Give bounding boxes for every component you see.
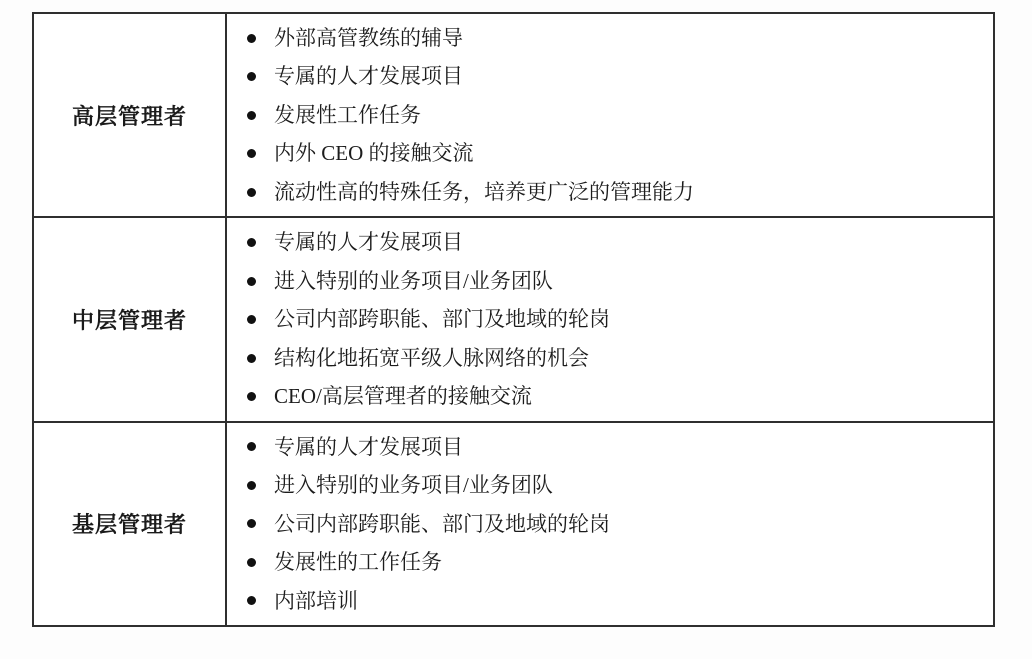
row-items-cell: 外部高管教练的辅导 专属的人才发展项目 发展性工作任务 内外 CEO 的接触交流… — [227, 14, 993, 216]
list-item-text: CEO/高层管理者的接触交流 — [274, 377, 532, 416]
list-item-text: 内部培训 — [274, 582, 358, 621]
list-item-text: 公司内部跨职能、部门及地域的轮岗 — [274, 505, 610, 544]
list-item: 进入特别的业务项目/业务团队 — [247, 262, 983, 301]
table-row-middle-managers: 中层管理者 专属的人才发展项目 进入特别的业务项目/业务团队 公司内部跨职能、部… — [34, 218, 993, 422]
bullet-icon — [247, 481, 256, 490]
bullet-icon — [247, 558, 256, 567]
bullet-icon — [247, 188, 256, 197]
bullet-icon — [247, 149, 256, 158]
list-item: 内部培训 — [247, 582, 983, 621]
list-item-text: 专属的人才发展项目 — [274, 428, 463, 467]
table-row-senior-managers: 高层管理者 外部高管教练的辅导 专属的人才发展项目 发展性工作任务 内外 CEO… — [34, 14, 993, 218]
list-item: 结构化地拓宽平级人脉网络的机会 — [247, 339, 983, 378]
list-item: 专属的人才发展项目 — [247, 428, 983, 467]
list-item: 公司内部跨职能、部门及地域的轮岗 — [247, 505, 983, 544]
bullet-icon — [247, 392, 256, 401]
bullet-icon — [247, 72, 256, 81]
bullet-icon — [247, 354, 256, 363]
list-item: CEO/高层管理者的接触交流 — [247, 377, 983, 416]
row-label-cell: 基层管理者 — [34, 423, 227, 625]
row-label: 基层管理者 — [72, 508, 187, 539]
bullet-icon — [247, 34, 256, 43]
list-item-text: 进入特别的业务项目/业务团队 — [274, 262, 553, 301]
bullet-icon — [247, 238, 256, 247]
list-item: 流动性高的特殊任务，培养更广泛的管理能力 — [247, 173, 983, 212]
row-items-cell: 专属的人才发展项目 进入特别的业务项目/业务团队 公司内部跨职能、部门及地域的轮… — [227, 423, 993, 625]
list-item: 发展性工作任务 — [247, 96, 983, 135]
bullet-icon — [247, 442, 256, 451]
list-item-text: 流动性高的特殊任务，培养更广泛的管理能力 — [274, 173, 694, 212]
list-item-text: 专属的人才发展项目 — [274, 223, 463, 262]
list-item-text: 进入特别的业务项目/业务团队 — [274, 466, 553, 505]
list-item-text: 发展性的工作任务 — [274, 543, 442, 582]
list-item: 专属的人才发展项目 — [247, 57, 983, 96]
list-item-text: 发展性工作任务 — [274, 96, 421, 135]
list-item-text: 专属的人才发展项目 — [274, 57, 463, 96]
row-label-cell: 中层管理者 — [34, 218, 227, 420]
row-label-cell: 高层管理者 — [34, 14, 227, 216]
row-label: 中层管理者 — [72, 304, 187, 335]
list-item-text: 内外 CEO 的接触交流 — [274, 134, 474, 173]
bullet-icon — [247, 277, 256, 286]
list-item-text: 结构化地拓宽平级人脉网络的机会 — [274, 339, 589, 378]
bullet-icon — [247, 315, 256, 324]
table-row-junior-managers: 基层管理者 专属的人才发展项目 进入特别的业务项目/业务团队 公司内部跨职能、部… — [34, 423, 993, 625]
row-label: 高层管理者 — [72, 100, 187, 131]
list-item-text: 公司内部跨职能、部门及地域的轮岗 — [274, 300, 610, 339]
list-item: 进入特别的业务项目/业务团队 — [247, 466, 983, 505]
row-items-cell: 专属的人才发展项目 进入特别的业务项目/业务团队 公司内部跨职能、部门及地域的轮… — [227, 218, 993, 420]
list-item: 专属的人才发展项目 — [247, 223, 983, 262]
bullet-icon — [247, 111, 256, 120]
list-item: 内外 CEO 的接触交流 — [247, 134, 983, 173]
bullet-icon — [247, 596, 256, 605]
list-item: 发展性的工作任务 — [247, 543, 983, 582]
list-item: 外部高管教练的辅导 — [247, 19, 983, 58]
bullet-icon — [247, 519, 256, 528]
list-item: 公司内部跨职能、部门及地域的轮岗 — [247, 300, 983, 339]
management-development-table: 高层管理者 外部高管教练的辅导 专属的人才发展项目 发展性工作任务 内外 CEO… — [32, 12, 995, 627]
list-item-text: 外部高管教练的辅导 — [274, 19, 463, 58]
